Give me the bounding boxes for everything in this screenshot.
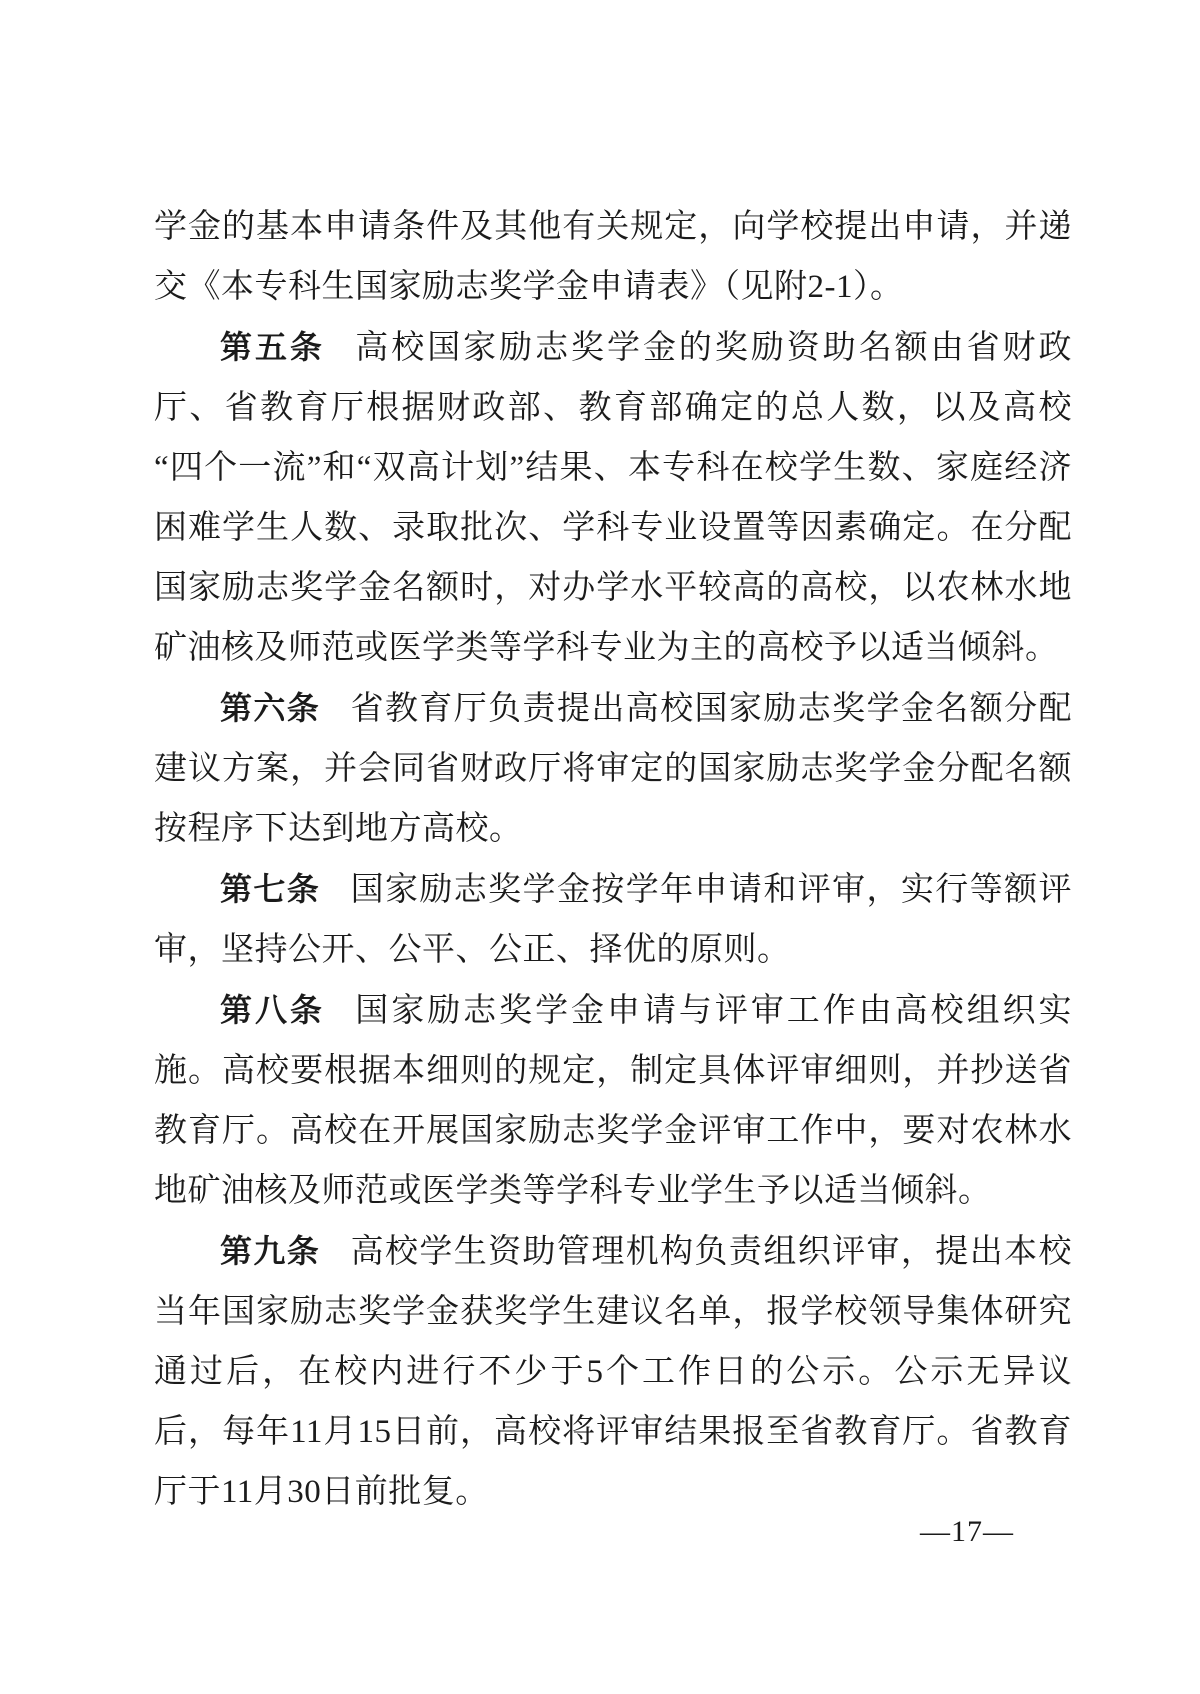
paragraph-text: 高校国家励志奖学金的奖励资助名额由省财政厅、省教育厅根据财政部、教育部确定的总人…	[154, 330, 1072, 666]
article-heading: 第八条	[220, 992, 325, 1028]
paragraph-continuation: 学金的基本申请条件及其他有关规定，向学校提出申请，并递交《本专科生国家励志奖学金…	[154, 196, 1072, 317]
paragraph-article-8: 第八条国家励志奖学金申请与评审工作由高校组织实施。高校要根据本细则的规定，制定具…	[154, 980, 1072, 1221]
paragraph-text: 学金的基本申请条件及其他有关规定，向学校提出申请，并递交《本专科生国家励志奖学金…	[154, 209, 1072, 305]
page-number: —17—	[920, 1512, 1014, 1552]
document-page: 学金的基本申请条件及其他有关规定，向学校提出申请，并递交《本专科生国家励志奖学金…	[0, 0, 1200, 1694]
paragraph-article-7: 第七条国家励志奖学金按学年申请和评审，实行等额评审，坚持公开、公平、公正、择优的…	[154, 859, 1072, 980]
document-body: 学金的基本申请条件及其他有关规定，向学校提出申请，并递交《本专科生国家励志奖学金…	[154, 196, 1072, 1522]
paragraph-text: 高校学生资助管理机构负责组织评审，提出本校当年国家励志奖学金获奖学生建议名单，报…	[154, 1234, 1072, 1510]
article-heading: 第九条	[220, 1233, 320, 1269]
article-heading: 第七条	[220, 871, 320, 907]
article-heading: 第六条	[220, 690, 320, 726]
paragraph-article-9: 第九条高校学生资助管理机构负责组织评审，提出本校当年国家励志奖学金获奖学生建议名…	[154, 1221, 1072, 1522]
paragraph-article-6: 第六条省教育厅负责提出高校国家励志奖学金名额分配建议方案，并会同省财政厅将审定的…	[154, 678, 1072, 859]
paragraph-article-5: 第五条高校国家励志奖学金的奖励资助名额由省财政厅、省教育厅根据财政部、教育部确定…	[154, 317, 1072, 678]
article-heading: 第五条	[220, 329, 325, 365]
